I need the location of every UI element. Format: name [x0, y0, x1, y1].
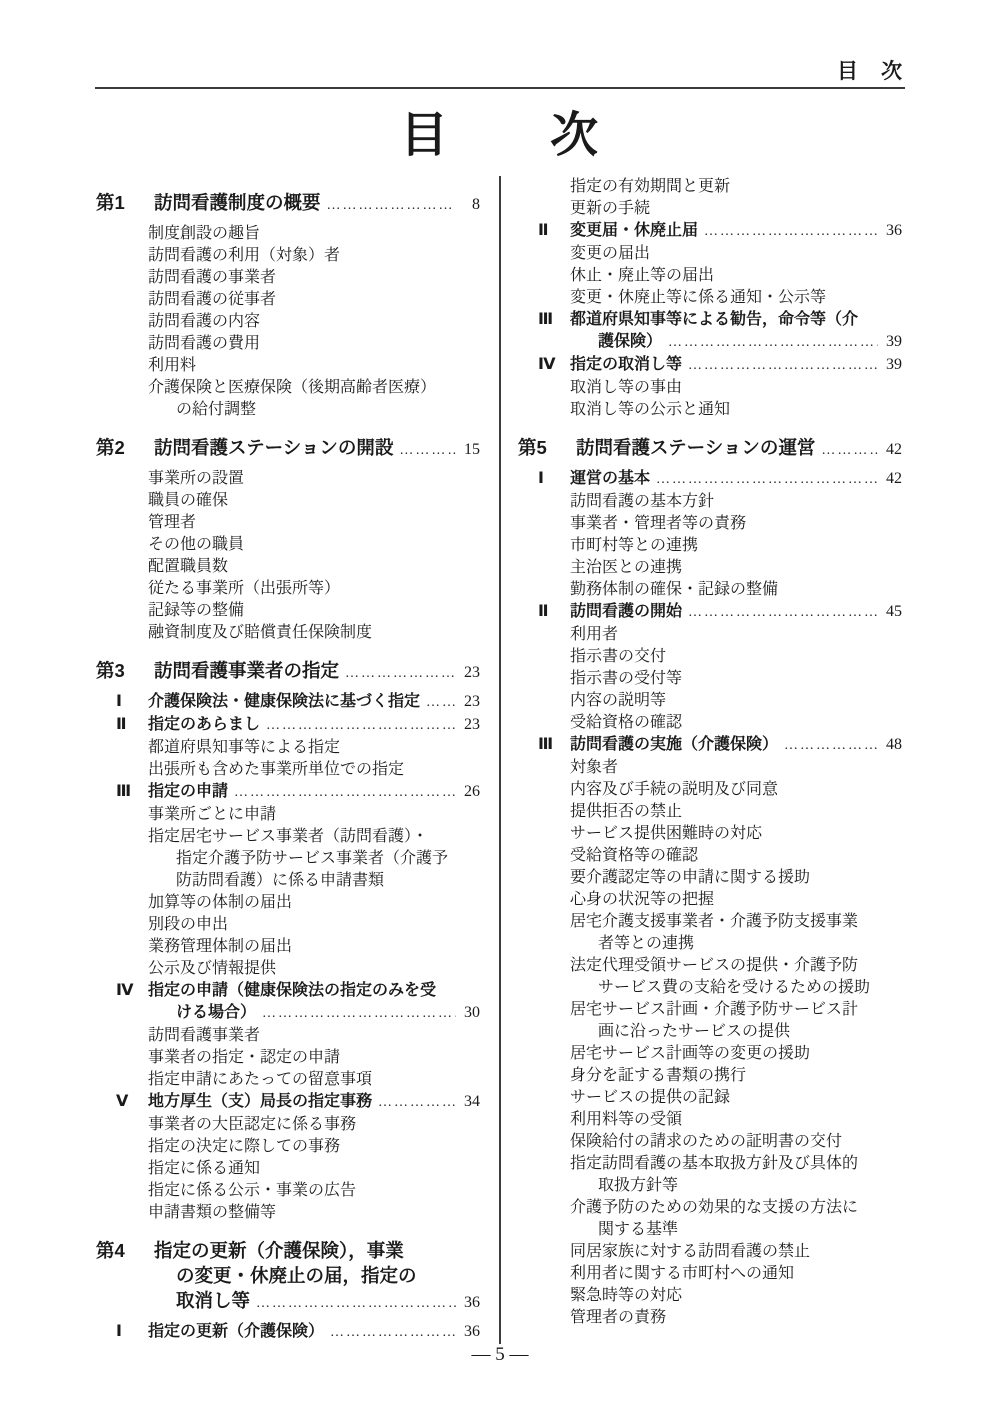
toc-item-row: 訪問看護事業者 [96, 1025, 480, 1047]
entry-title: 介護予防のための効果的な支援の方法に [570, 1197, 858, 1219]
entry-title: 指定の申請 [148, 781, 228, 803]
entry-title: 取消し等 [176, 1288, 250, 1313]
toc-item-row: 訪問看護の事業者 [96, 267, 480, 289]
entry-title: 従たる事業所（出張所等） [148, 578, 340, 600]
toc-item-row: 休止・廃止等の届出 [518, 265, 902, 287]
toc-item-row: 利用料 [96, 355, 480, 377]
page-number: 23 [460, 714, 480, 736]
roman-numeral: Ⅲ [538, 734, 570, 756]
entry-title: 指定居宅サービス事業者（訪問看護）・ [148, 826, 428, 848]
entry-title: サービスの提供の記録 [570, 1087, 730, 1109]
roman-numeral: Ⅰ [116, 1321, 148, 1343]
toc-item-row: 公示及び情報提供 [96, 958, 480, 980]
toc-item-row: 事業者の指定・認定の申請 [96, 1047, 480, 1069]
page-number: 48 [882, 734, 902, 756]
dot-leader: ………………………………………………………………………………………………………… [234, 782, 456, 804]
entry-title: 指定に係る通知 [148, 1158, 260, 1180]
entry-title: 取扱方針等 [598, 1175, 678, 1197]
page-number: 23 [460, 660, 480, 685]
toc-item-row: 緊急時等の対応 [518, 1285, 902, 1307]
entry-title: 指定の申請（健康保険法の指定のみを受 [148, 980, 436, 1002]
dot-leader: ………………………………………………………………………………………………………… [399, 438, 456, 463]
entry-title: 事業者・管理者等の責務 [570, 513, 746, 535]
entry-title: 身分を証する書類の携行 [570, 1065, 746, 1087]
toc-item-row: 指示書の受付等 [518, 668, 902, 690]
toc-item-row: 同居家族に対する訪問看護の禁止 [518, 1241, 902, 1263]
page-number: 15 [460, 437, 480, 462]
toc-chapter-row: 第1訪問看護制度の概要……………………………………………………………………………… [96, 190, 480, 218]
toc-item-row: 利用料等の受領 [518, 1109, 902, 1131]
dot-leader: ………………………………………………………………………………………………………… [821, 438, 878, 463]
toc-roman-row: Ⅴ地方厚生（支）局長の指定事務…………………………………………………………………… [96, 1091, 480, 1114]
entry-title: 記録等の整備 [148, 600, 244, 622]
toc-roman-row: ける場合）……………………………………………………………………………………………… [96, 1002, 480, 1025]
entry-title: 別段の申出 [148, 914, 228, 936]
toc-item-row: 市町村等との連携 [518, 535, 902, 557]
toc-item-row: 変更・休廃止等に係る通知・公示等 [518, 287, 902, 309]
entry-title: 地方厚生（支）局長の指定事務 [148, 1091, 372, 1113]
toc-roman-row: Ⅳ指定の取消し等……………………………………………………………………………………… [518, 354, 902, 377]
running-head: 目 次 [837, 55, 903, 85]
toc-item-row: 出張所も含めた事業所単位での指定 [96, 759, 480, 781]
toc-item-row: 利用者に関する市町村への通知 [518, 1263, 902, 1285]
entry-title: 訪問看護の費用 [148, 333, 260, 355]
entry-title: 者等との連携 [598, 933, 694, 955]
roman-numeral: Ⅳ [116, 980, 148, 1002]
toc-item-row: 居宅サービス計画・介護予防サービス計 [518, 999, 902, 1021]
dot-leader: ………………………………………………………………………………………………………… [688, 355, 878, 377]
toc-item-row: 指定に係る通知 [96, 1158, 480, 1180]
roman-numeral: Ⅱ [538, 220, 570, 242]
toc-chapter-row: 取消し等………………………………………………………………………………………………… [96, 1288, 480, 1316]
entry-title: 事業所ごとに申請 [148, 804, 276, 826]
toc-item-row: 利用者 [518, 624, 902, 646]
entry-title: 指定のあらまし [148, 714, 260, 736]
entry-title: 管理者 [148, 512, 196, 534]
toc-item-row: 受給資格の確認 [518, 712, 902, 734]
roman-numeral: Ⅳ [538, 354, 570, 376]
toc-roman-row: Ⅰ運営の基本…………………………………………………………………………………………… [518, 468, 902, 491]
entry-title: 訪問看護の基本方針 [570, 491, 714, 513]
toc-item-row: 別段の申出 [96, 914, 480, 936]
roman-numeral: Ⅱ [538, 601, 570, 623]
toc-item-row: 訪問看護の費用 [96, 333, 480, 355]
toc-item-row: 指定訪問看護の基本取扱方針及び具体的 [518, 1153, 902, 1175]
entry-title: 指定の有効期間と更新 [570, 176, 730, 198]
chapter-number: 第3 [96, 658, 154, 683]
page-number: 26 [460, 781, 480, 803]
toc-item-row: 制度創設の趣旨 [96, 223, 480, 245]
toc-item-row: 介護予防のための効果的な支援の方法に [518, 1197, 902, 1219]
entry-title: 運営の基本 [570, 468, 650, 490]
dot-leader: ………………………………………………………………………………………………………… [656, 469, 878, 491]
toc-item-row: 指定居宅サービス事業者（訪問看護）・ [96, 826, 480, 848]
toc-item-row: 者等との連携 [518, 933, 902, 955]
roman-numeral: Ⅰ [538, 468, 570, 490]
entry-title: 介護保険法・健康保険法に基づく指定 [148, 691, 420, 713]
entry-title: 保険給付の請求のための証明書の交付 [570, 1131, 842, 1153]
toc-chapter-row: 第4指定の更新（介護保険），事業 [96, 1238, 480, 1263]
entry-title: 訪問看護の利用（対象）者 [148, 245, 340, 267]
dot-leader: ………………………………………………………………………………………………………… [262, 1003, 456, 1025]
toc-item-row: 指定の決定に際しての事務 [96, 1136, 480, 1158]
chapter-number: 第1 [96, 190, 154, 215]
entry-title: 訪問看護事業者の指定 [154, 658, 339, 683]
page-number: 42 [882, 437, 902, 462]
entry-title: 指示書の交付 [570, 646, 666, 668]
entry-title: 更新の手続 [570, 198, 650, 220]
toc-item-row: 申請書類の整備等 [96, 1202, 480, 1224]
toc-roman-row: Ⅳ指定の申請（健康保険法の指定のみを受 [96, 980, 480, 1002]
toc-item-row: 都道府県知事等による指定 [96, 737, 480, 759]
toc-item-row: 変更の届出 [518, 243, 902, 265]
toc-roman-row: Ⅲ訪問看護の実施（介護保険）……………………………………………………………………… [518, 734, 902, 757]
entry-title: 指定の更新（介護保険），事業 [154, 1238, 404, 1263]
entry-title: の変更・休廃止の届，指定の [176, 1263, 417, 1288]
entry-title: 融資制度及び賠償責任保険制度 [148, 622, 372, 644]
entry-title: 訪問看護ステーションの開設 [154, 435, 393, 460]
toc-roman-row: Ⅱ指定のあらまし……………………………………………………………………………………… [96, 714, 480, 737]
entry-title: 訪問看護の従事者 [148, 289, 276, 311]
toc-item-row: 管理者の責務 [518, 1307, 902, 1329]
entry-title: サービス費の支給を受けるための援助 [598, 977, 870, 999]
page-footer: ― 5 ― [0, 1344, 1000, 1366]
page-number: 36 [460, 1321, 480, 1343]
dot-leader: ………………………………………………………………………………………………………… [345, 661, 456, 686]
entry-title: 要介護認定等の申請に関する援助 [570, 867, 810, 889]
dot-leader: ………………………………………………………………………………………………………… [327, 193, 456, 218]
entry-title: 内容及び手続の説明及び同意 [570, 779, 778, 801]
entry-title: 都道府県知事等による勧告，命令等（介 [570, 309, 858, 331]
page-number: 39 [882, 354, 902, 376]
toc-item-row: 受給資格等の確認 [518, 845, 902, 867]
chapter-number: 第2 [96, 435, 154, 460]
entry-title: 介護保険と医療保険（後期高齢者医療） [148, 377, 436, 399]
toc-item-row: 訪問看護の内容 [96, 311, 480, 333]
dot-leader: ………………………………………………………………………………………………………… [668, 332, 878, 354]
entry-title: 主治医との連携 [570, 557, 682, 579]
entry-title: ける場合） [176, 1002, 256, 1024]
dot-leader: ………………………………………………………………………………………………………… [704, 221, 878, 243]
toc-item-row: 内容の説明等 [518, 690, 902, 712]
entry-title: 事業者の指定・認定の申請 [148, 1047, 340, 1069]
toc-item-row: 介護保険と医療保険（後期高齢者医療） [96, 377, 480, 399]
toc-item-row: 加算等の体制の届出 [96, 892, 480, 914]
roman-numeral: Ⅲ [538, 309, 570, 331]
entry-title: 提供拒否の禁止 [570, 801, 682, 823]
entry-title: 変更届・休廃止届 [570, 220, 698, 242]
entry-title: 訪問看護事業者 [148, 1025, 260, 1047]
entry-title: 指示書の受付等 [570, 668, 682, 690]
toc-item-row: 要介護認定等の申請に関する援助 [518, 867, 902, 889]
entry-title: 指定申請にあたっての留意事項 [148, 1069, 372, 1091]
toc-item-row: 心身の状況等の把握 [518, 889, 902, 911]
toc-roman-row: Ⅲ都道府県知事等による勧告，命令等（介 [518, 309, 902, 331]
entry-title: 申請書類の整備等 [148, 1202, 276, 1224]
toc-page: 目 次 目 次 第1訪問看護制度の概要………………………………………………………… [0, 0, 1000, 1412]
toc-roman-row: Ⅱ訪問看護の開始……………………………………………………………………………………… [518, 601, 902, 624]
entry-title: 画に沿ったサービスの提供 [598, 1021, 790, 1043]
entry-title: 事業者の大臣認定に係る事務 [148, 1114, 356, 1136]
toc-item-row: 防訪問看護）に係る申請書類 [96, 870, 480, 892]
entry-title: 利用料 [148, 355, 196, 377]
chapter-number: 第5 [518, 435, 576, 460]
entry-title: 訪問看護制度の概要 [154, 190, 321, 215]
toc-item-row: サービス費の支給を受けるための援助 [518, 977, 902, 999]
toc-item-row: 関する基準 [518, 1219, 902, 1241]
entry-title: 利用者 [570, 624, 618, 646]
toc-roman-row: Ⅰ指定の更新（介護保険）…………………………………………………………………………… [96, 1321, 480, 1344]
entry-title: 指定の更新（介護保険） [148, 1321, 324, 1343]
entry-title: 心身の状況等の把握 [570, 889, 714, 911]
toc-roman-row: Ⅱ変更届・休廃止届…………………………………………………………………………………… [518, 220, 902, 243]
entry-title: 訪問看護の事業者 [148, 267, 276, 289]
toc-item-row: 事業所の設置 [96, 468, 480, 490]
toc-item-row: 指定に係る公示・事業の広告 [96, 1180, 480, 1202]
entry-title: 指定に係る公示・事業の広告 [148, 1180, 356, 1202]
entry-title: 指定の決定に際しての事務 [148, 1136, 340, 1158]
entry-title: 業務管理体制の届出 [148, 936, 292, 958]
header-rule [95, 87, 905, 89]
entry-title: 緊急時等の対応 [570, 1285, 682, 1307]
entry-title: 指定訪問看護の基本取扱方針及び具体的 [570, 1153, 858, 1175]
entry-title: 訪問看護の実施（介護保険） [570, 734, 778, 756]
toc-item-row: 取消し等の事由 [518, 377, 902, 399]
toc-chapter-row: 第2訪問看護ステーションの開設…………………………………………………………………… [96, 435, 480, 463]
entry-title: 加算等の体制の届出 [148, 892, 292, 914]
toc-item-row: 更新の手続 [518, 198, 902, 220]
entry-title: 指定の取消し等 [570, 354, 682, 376]
toc-item-row: 訪問看護の基本方針 [518, 491, 902, 513]
page-number: 34 [460, 1091, 480, 1113]
toc-item-row: 配置職員数 [96, 556, 480, 578]
toc-item-row: 融資制度及び賠償責任保険制度 [96, 622, 480, 644]
toc-item-row: 居宅サービス計画等の変更の援助 [518, 1043, 902, 1065]
entry-title: 訪問看護ステーションの運営 [576, 435, 815, 460]
toc-roman-row: Ⅲ指定の申請…………………………………………………………………………………………… [96, 781, 480, 804]
entry-title: 管理者の責務 [570, 1307, 666, 1329]
page-number: 23 [460, 691, 480, 713]
dot-leader: ………………………………………………………………………………………………………… [426, 692, 456, 714]
roman-numeral: Ⅱ [116, 714, 148, 736]
toc-item-row: 事業所ごとに申請 [96, 804, 480, 826]
toc-item-row: 指示書の交付 [518, 646, 902, 668]
toc-column-left: 第1訪問看護制度の概要……………………………………………………………………………… [96, 176, 480, 1344]
toc-item-row: 対象者 [518, 757, 902, 779]
entry-title: 都道府県知事等による指定 [148, 737, 340, 759]
page-number: 45 [882, 601, 902, 623]
entry-title: 受給資格の確認 [570, 712, 682, 734]
entry-title: 訪問看護の内容 [148, 311, 260, 333]
toc-item-row: 取消し等の公示と通知 [518, 399, 902, 421]
toc-item-row: 主治医との連携 [518, 557, 902, 579]
toc-item-row: 指定申請にあたっての留意事項 [96, 1069, 480, 1091]
entry-title: 居宅介護支援事業者・介護予防支援事業 [570, 911, 858, 933]
entry-title: 同居家族に対する訪問看護の禁止 [570, 1241, 810, 1263]
entry-title: 制度創設の趣旨 [148, 223, 260, 245]
dot-leader: ………………………………………………………………………………………………………… [256, 1291, 456, 1316]
toc-item-row: 居宅介護支援事業者・介護予防支援事業 [518, 911, 902, 933]
roman-numeral: Ⅲ [116, 781, 148, 803]
page-number: 30 [460, 1002, 480, 1024]
entry-title: 出張所も含めた事業所単位での指定 [148, 759, 404, 781]
toc-chapter-row: の変更・休廃止の届，指定の [96, 1263, 480, 1288]
toc-columns: 第1訪問看護制度の概要……………………………………………………………………………… [96, 176, 902, 1344]
toc-item-row: 画に沿ったサービスの提供 [518, 1021, 902, 1043]
toc-chapter-row: 第3訪問看護事業者の指定…………………………………………………………………………… [96, 658, 480, 686]
toc-item-row: 法定代理受領サービスの提供・介護予防 [518, 955, 902, 977]
dot-leader: ………………………………………………………………………………………………………… [266, 715, 456, 737]
page-number: 8 [460, 192, 480, 217]
page-number: 42 [882, 468, 902, 490]
entry-title: 変更・休廃止等に係る通知・公示等 [570, 287, 826, 309]
toc-chapter-row: 第5訪問看護ステーションの運営…………………………………………………………………… [518, 435, 902, 463]
entry-title: 居宅サービス計画等の変更の援助 [570, 1043, 810, 1065]
toc-item-row: サービス提供困難時の対応 [518, 823, 902, 845]
entry-title: 利用料等の受領 [570, 1109, 682, 1131]
roman-numeral: Ⅰ [116, 691, 148, 713]
entry-title: 防訪問看護）に係る申請書類 [176, 870, 384, 892]
column-divider [499, 176, 501, 1344]
dot-leader: ………………………………………………………………………………………………………… [688, 602, 878, 624]
entry-title: サービス提供困難時の対応 [570, 823, 762, 845]
dot-leader: ………………………………………………………………………………………………………… [378, 1092, 456, 1114]
entry-title: 配置職員数 [148, 556, 228, 578]
dot-leader: ………………………………………………………………………………………………………… [784, 735, 878, 757]
toc-item-row: 提供拒否の禁止 [518, 801, 902, 823]
entry-title: の給付調整 [176, 399, 256, 421]
entry-title: 休止・廃止等の届出 [570, 265, 714, 287]
toc-item-row: 取扱方針等 [518, 1175, 902, 1197]
entry-title: その他の職員 [148, 534, 244, 556]
toc-item-row: サービスの提供の記録 [518, 1087, 902, 1109]
entry-title: 法定代理受領サービスの提供・介護予防 [570, 955, 858, 977]
dot-leader: ………………………………………………………………………………………………………… [330, 1322, 456, 1344]
entry-title: 対象者 [570, 757, 618, 779]
toc-item-row: 事業者の大臣認定に係る事務 [96, 1114, 480, 1136]
entry-title: 訪問看護の開始 [570, 601, 682, 623]
page-title: 目 次 [0, 96, 1000, 165]
entry-title: 指定介護予防サービス事業者（介護予 [176, 848, 448, 870]
chapter-number: 第4 [96, 1238, 154, 1263]
toc-item-row: 訪問看護の従事者 [96, 289, 480, 311]
toc-item-row: 職員の確保 [96, 490, 480, 512]
entry-title: 取消し等の公示と通知 [570, 399, 730, 421]
toc-item-row: その他の職員 [96, 534, 480, 556]
toc-item-row: の給付調整 [96, 399, 480, 421]
toc-item-row: 保険給付の請求のための証明書の交付 [518, 1131, 902, 1153]
page-number: 36 [460, 1290, 480, 1315]
toc-column-right: 指定の有効期間と更新更新の手続Ⅱ変更届・休廃止届…………………………………………… [518, 176, 902, 1344]
page-number: 36 [882, 220, 902, 242]
toc-item-row: 業務管理体制の届出 [96, 936, 480, 958]
toc-item-row: 従たる事業所（出張所等） [96, 578, 480, 600]
entry-title: 変更の届出 [570, 243, 650, 265]
entry-title: 利用者に関する市町村への通知 [570, 1263, 794, 1285]
entry-title: 受給資格等の確認 [570, 845, 698, 867]
entry-title: 勤務体制の確保・記録の整備 [570, 579, 778, 601]
entry-title: 護保険） [598, 331, 662, 353]
entry-title: 職員の確保 [148, 490, 228, 512]
entry-title: 居宅サービス計画・介護予防サービス計 [570, 999, 858, 1021]
toc-item-row: 指定介護予防サービス事業者（介護予 [96, 848, 480, 870]
entry-title: 内容の説明等 [570, 690, 666, 712]
entry-title: 事業所の設置 [148, 468, 244, 490]
toc-item-row: 訪問看護の利用（対象）者 [96, 245, 480, 267]
page-number: 39 [882, 331, 902, 353]
toc-item-row: 管理者 [96, 512, 480, 534]
toc-roman-row: Ⅰ介護保険法・健康保険法に基づく指定…………………………………………………………… [96, 691, 480, 714]
entry-title: 公示及び情報提供 [148, 958, 276, 980]
toc-item-row: 勤務体制の確保・記録の整備 [518, 579, 902, 601]
toc-item-row: 記録等の整備 [96, 600, 480, 622]
entry-title: 取消し等の事由 [570, 377, 682, 399]
roman-numeral: Ⅴ [116, 1091, 148, 1113]
toc-item-row: 事業者・管理者等の責務 [518, 513, 902, 535]
toc-item-row: 身分を証する書類の携行 [518, 1065, 902, 1087]
entry-title: 市町村等との連携 [570, 535, 698, 557]
toc-item-row: 指定の有効期間と更新 [518, 176, 902, 198]
toc-roman-row: 護保険）………………………………………………………………………………………………… [518, 331, 902, 354]
entry-title: 関する基準 [598, 1219, 678, 1241]
toc-item-row: 内容及び手続の説明及び同意 [518, 779, 902, 801]
